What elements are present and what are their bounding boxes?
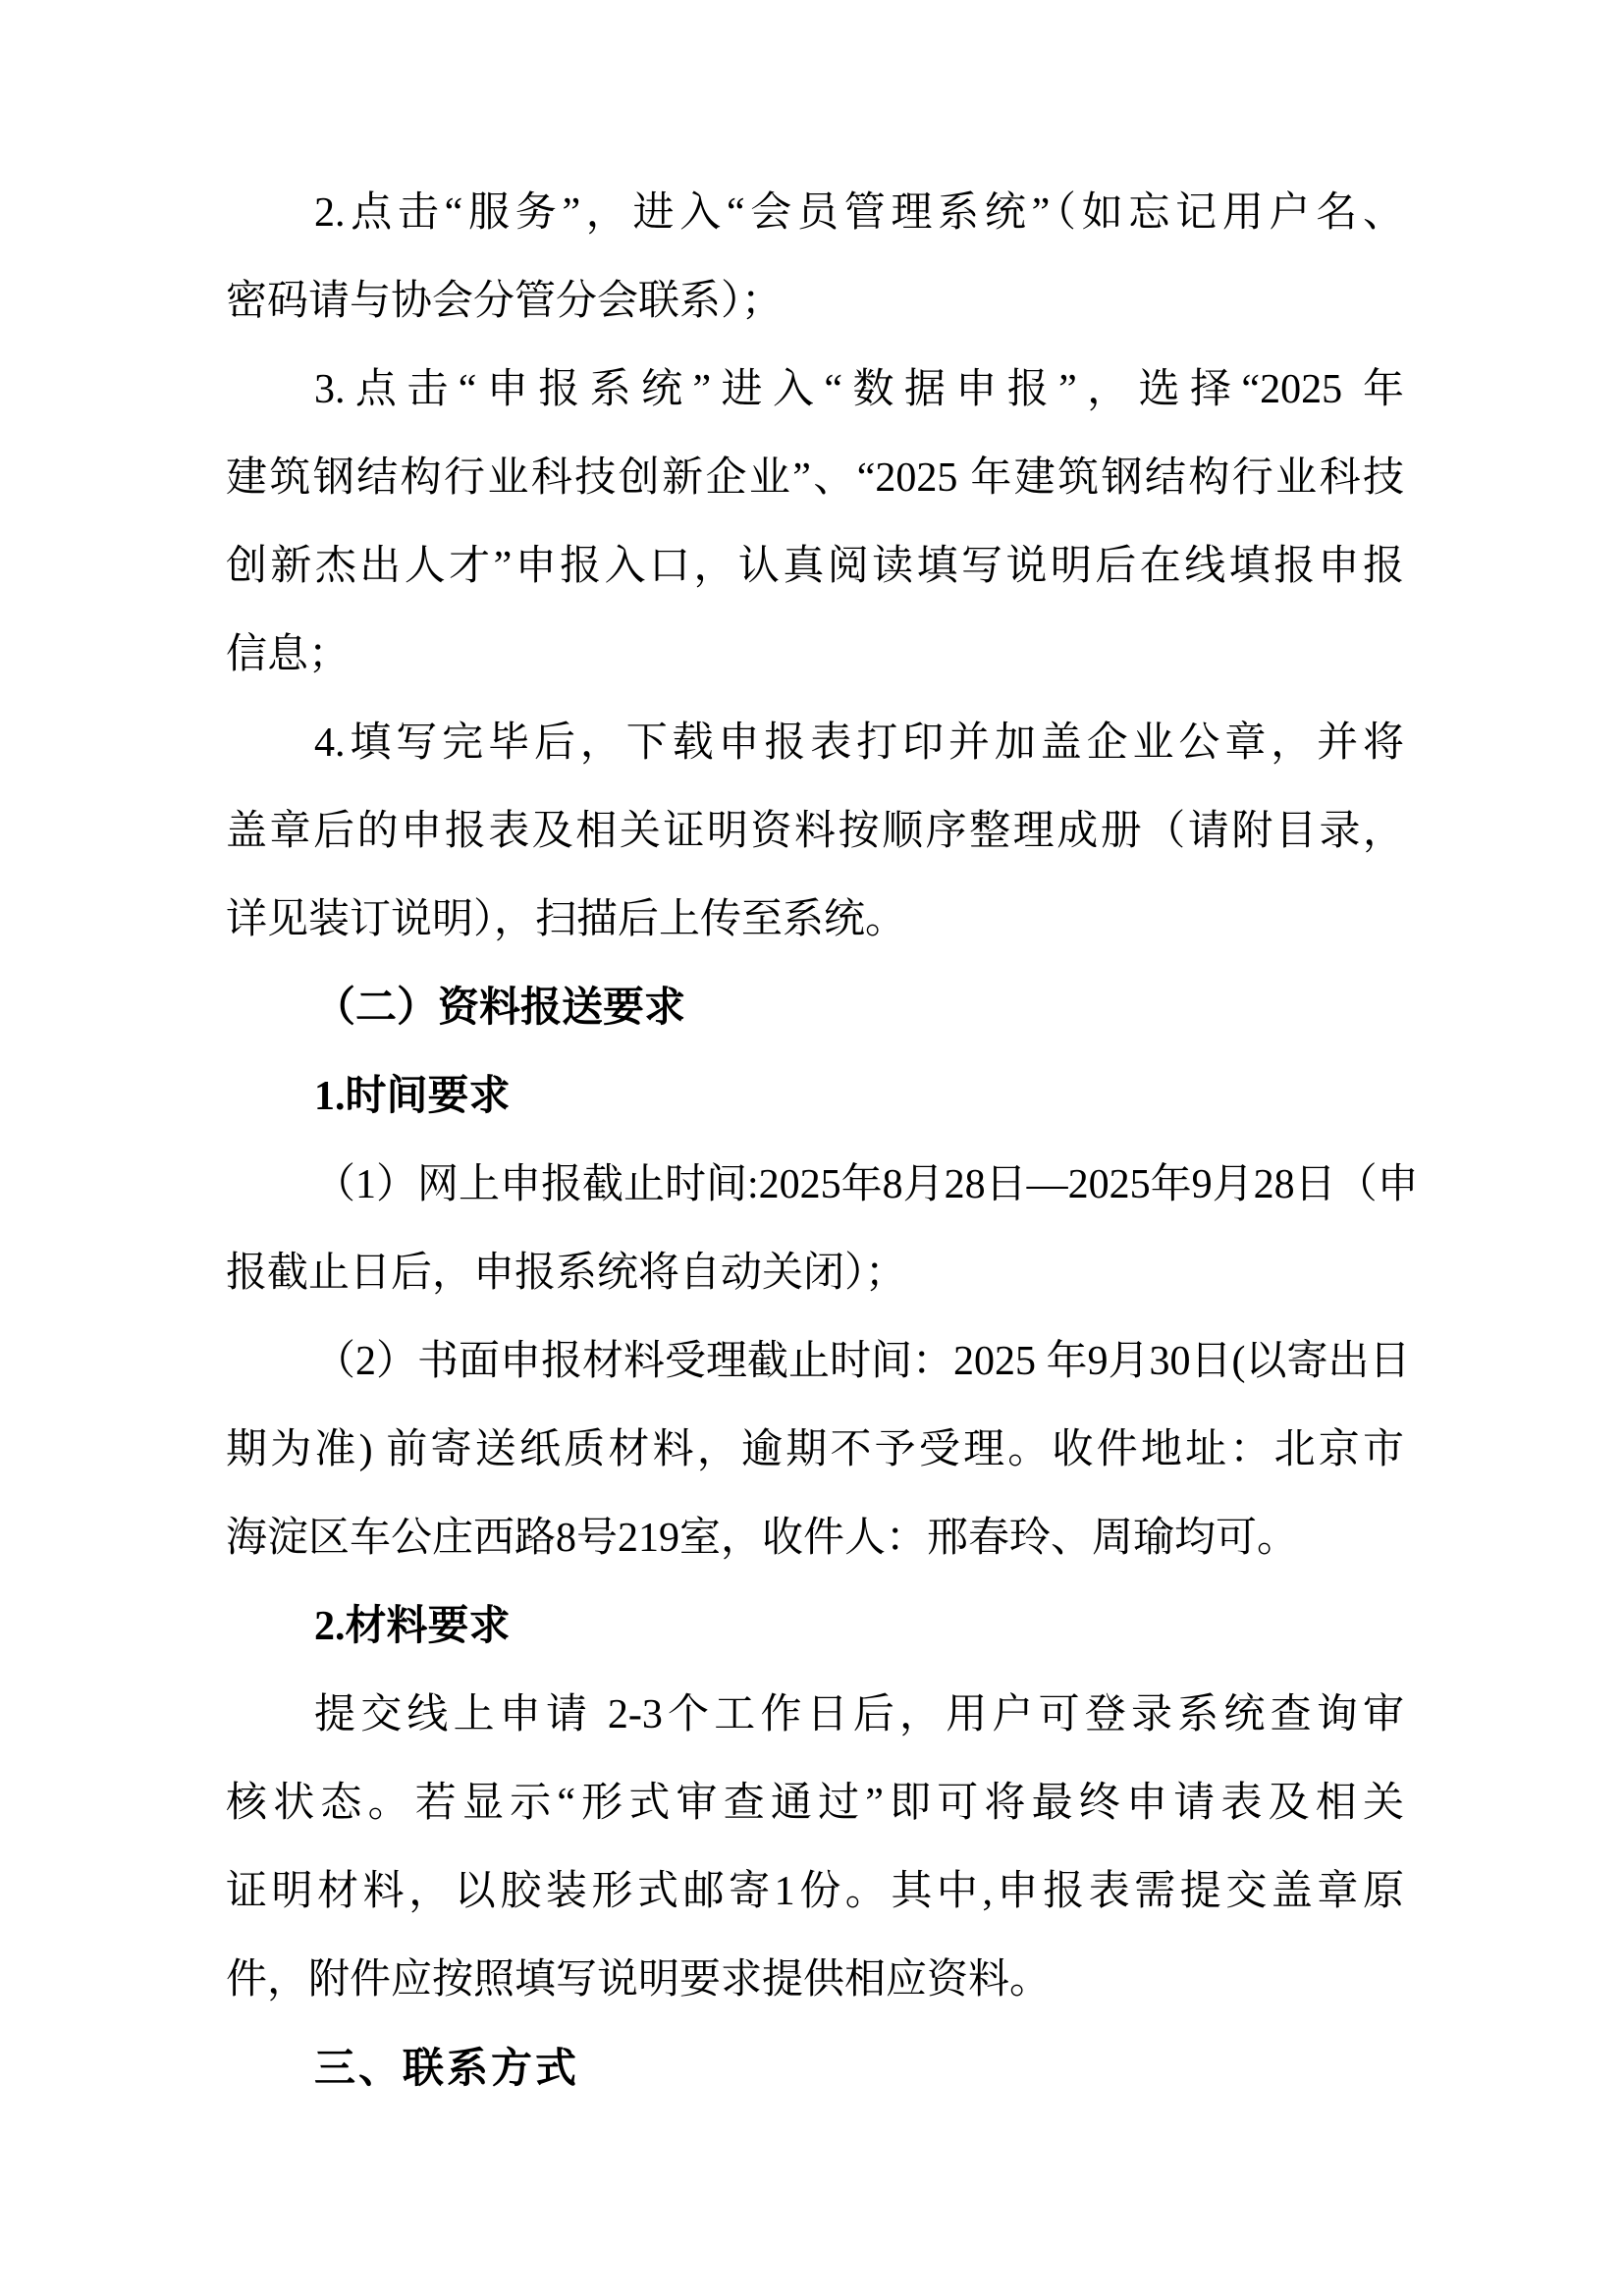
text-line: （1）网上申报截止时间:2025年8月28日—2025年9月28日（申 xyxy=(226,1141,1404,1229)
document-page: 2.点击“服务”，进入“会员管理系统”（如忘记用户名、密码请与协会分管分会联系）… xyxy=(0,0,1624,2296)
text-line: 期为准) 前寄送纸质材料，逾期不予受理。收件地址：北京市 xyxy=(226,1406,1404,1494)
sub-heading: （二）资料报送要求 xyxy=(226,964,1404,1052)
text-line: 证明材料，以胶装形式邮寄1份。其中,申报表需提交盖章原 xyxy=(226,1847,1404,1936)
text-line: 件，附件应按照填写说明要求提供相应资料。 xyxy=(226,1936,1404,2024)
text-line: 核状态。若显示“形式审查通过”即可将最终申请表及相关 xyxy=(226,1759,1404,1847)
sub-heading: 1.时间要求 xyxy=(226,1052,1404,1141)
document-body: 2.点击“服务”，进入“会员管理系统”（如忘记用户名、密码请与协会分管分会联系）… xyxy=(226,169,1404,2112)
text-line: 密码请与协会分管分会联系）； xyxy=(226,257,1404,346)
text-line: 提交线上申请 2-3个工作日后，用户可登录系统查询审 xyxy=(226,1671,1404,1759)
text-line: 海淀区车公庄西路8号219室，收件人：邢春玲、周瑜均可。 xyxy=(226,1494,1404,1582)
text-line: 4.填写完毕后，下载申报表打印并加盖企业公章，并将 xyxy=(226,699,1404,787)
text-line: 盖章后的申报表及相关证明资料按顺序整理成册（请附目录， xyxy=(226,787,1404,876)
sub-heading: 2.材料要求 xyxy=(226,1582,1404,1671)
text-line: 详见装订说明），扫描后上传至系统。 xyxy=(226,876,1404,964)
text-line: 报截止日后，申报系统将自动关闭）； xyxy=(226,1229,1404,1317)
text-line: 2.点击“服务”，进入“会员管理系统”（如忘记用户名、 xyxy=(226,169,1404,257)
text-line: 建筑钢结构行业科技创新企业”、“2025 年建筑钢结构行业科技 xyxy=(226,434,1404,522)
text-line: 创新杰出人才”申报入口，认真阅读填写说明后在线填报申报 xyxy=(226,522,1404,611)
text-line: 信息； xyxy=(226,611,1404,699)
text-line: 3.点击“申报系统”进入“数据申报”，选择“2025 年 xyxy=(226,346,1404,434)
text-line: （2）书面申报材料受理截止时间：2025 年9月30日(以寄出日 xyxy=(226,1317,1404,1406)
section-heading: 三、联系方式 xyxy=(226,2024,1404,2112)
